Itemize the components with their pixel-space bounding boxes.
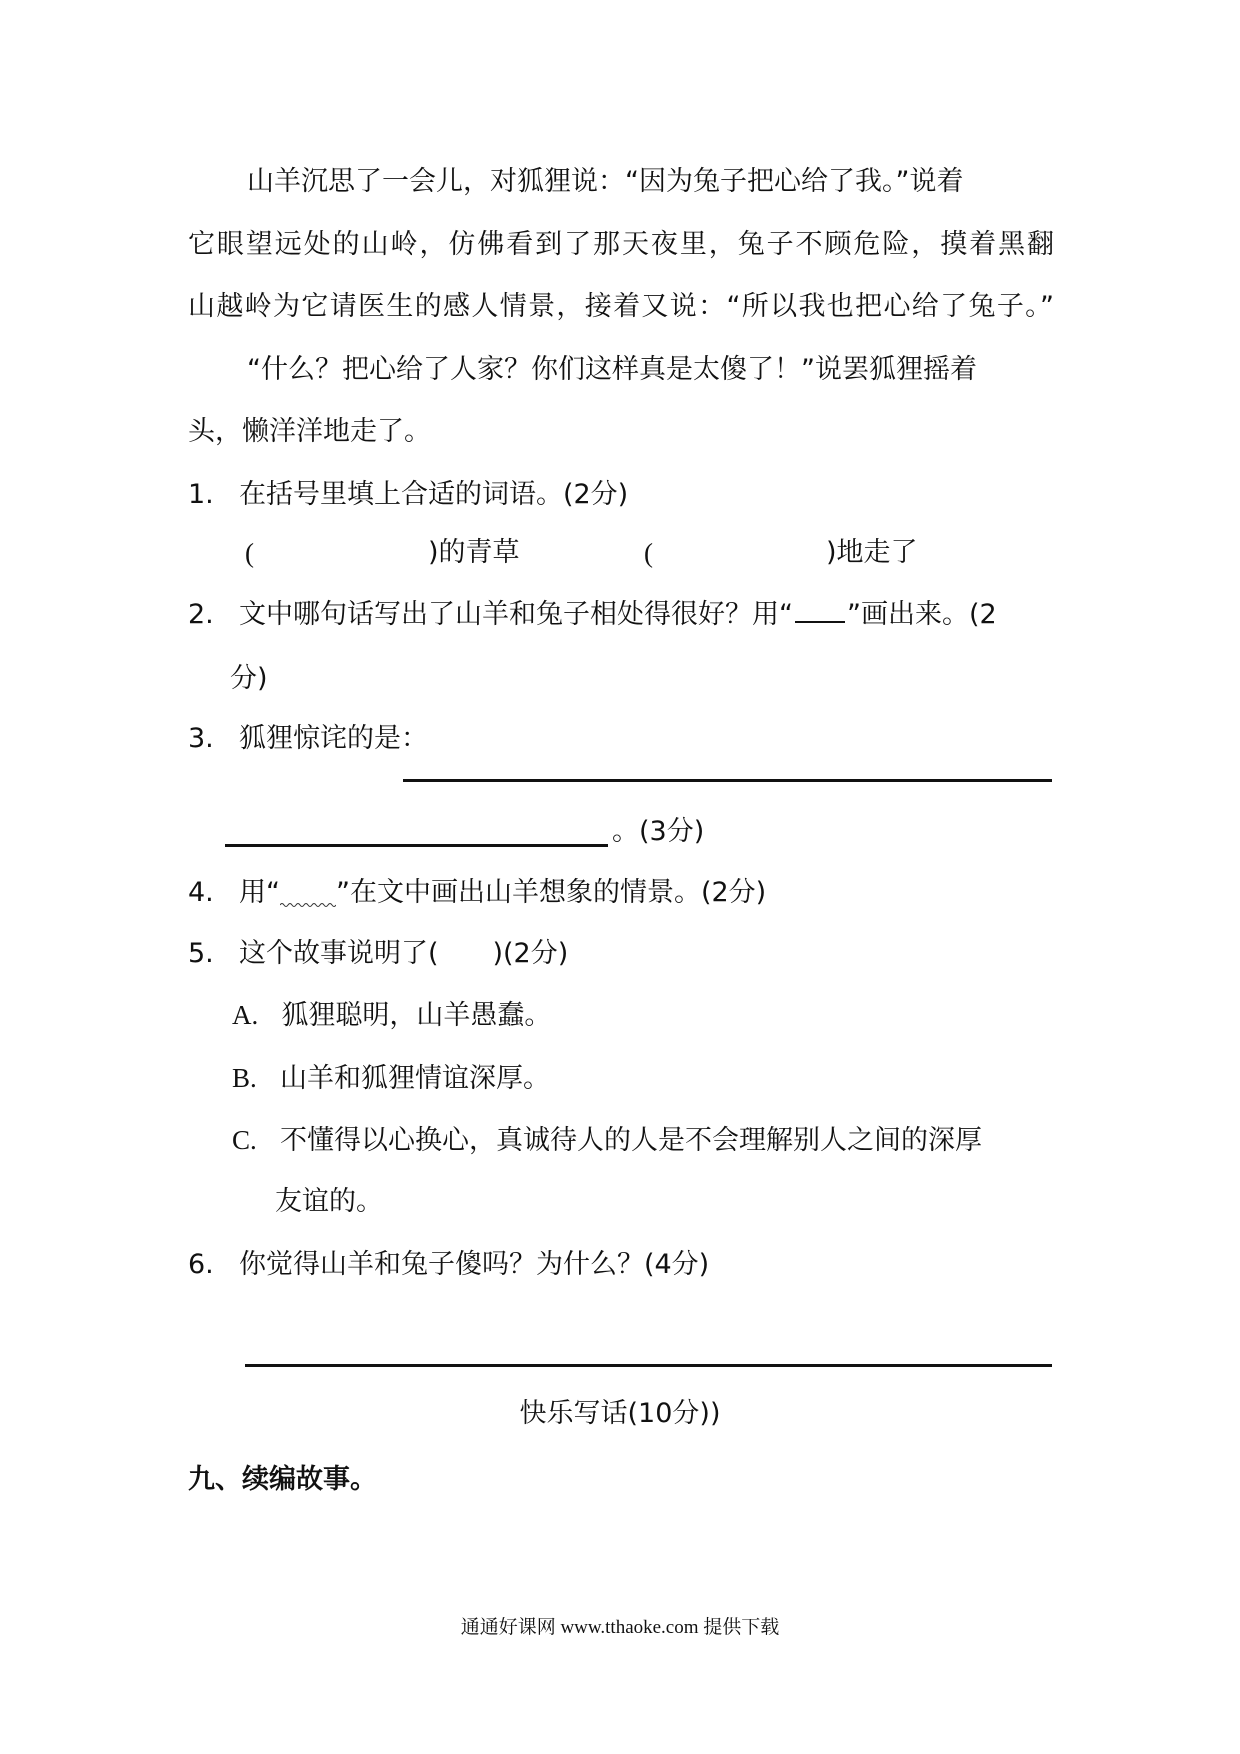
q1-blank-2: ( bbox=[644, 536, 653, 570]
question-number: 5. bbox=[188, 938, 214, 969]
passage-line-2: 它眼望远处的山岭，仿佛看到了那天夜里，兔子不顾危险，摸着黑翻 bbox=[188, 228, 1054, 262]
passage-line-3: 山越岭为它请医生的感人情景，接着又说：“所以我也把心给了兔子。” bbox=[188, 290, 1054, 324]
q3-answer-line-1[interactable] bbox=[403, 779, 1052, 782]
passage-line-4: “什么？把心给了人家？你们这样真是太傻了！”说罢狐狸摇着 bbox=[247, 353, 977, 387]
question-2: 2. 文中哪句话写出了山羊和兔子相处得很好？用“”画出来。(2 bbox=[188, 598, 997, 632]
footer-credit: 通通好课网 www.tthaoke.com 提供下载 bbox=[0, 1616, 1240, 1640]
option-b[interactable]: B. 山羊和狐狸情谊深厚。 bbox=[232, 1061, 550, 1096]
question-3: 3. 狐狸惊诧的是： bbox=[188, 722, 428, 756]
option-a[interactable]: A. 狐狸聪明，山羊愚蠢。 bbox=[232, 998, 551, 1033]
q1-blank-2-answer[interactable] bbox=[660, 536, 820, 570]
question-number: 1. bbox=[188, 479, 214, 510]
straight-underline-sample bbox=[795, 599, 845, 623]
option-c-cont: 友谊的。 bbox=[275, 1185, 383, 1219]
option-c[interactable]: C. 不懂得以心换心，真诚待人的人是不会理解别人之间的深厚 bbox=[232, 1123, 982, 1158]
q1-blank-1-suffix: )的青草 bbox=[428, 536, 520, 570]
q3-answer-line-2[interactable] bbox=[225, 844, 608, 847]
passage-line-5: 头，懒洋洋地走了。 bbox=[188, 415, 431, 449]
question-number: 3. bbox=[188, 723, 214, 754]
question-2-cont: 分) bbox=[230, 662, 268, 696]
passage-line-1: 山羊沉思了一会儿，对狐狸说：“因为兔子把心给了我。”说着 bbox=[247, 165, 963, 199]
question-number: 2. bbox=[188, 599, 214, 630]
q1-blank-1: ( bbox=[245, 536, 254, 570]
section-heading: 九、续编故事。 bbox=[188, 1463, 377, 1497]
q1-blank-1-answer[interactable] bbox=[262, 536, 422, 570]
question-4: 4. 用“”在文中画出山羊想象的情景。(2分) bbox=[188, 876, 766, 910]
question-6: 6. 你觉得山羊和兔子傻吗？为什么？(4分) bbox=[188, 1248, 709, 1282]
question-number: 6. bbox=[188, 1249, 214, 1280]
wavy-underline-sample bbox=[280, 879, 336, 901]
question-5: 5. 这个故事说明了( )(2分) bbox=[188, 937, 568, 971]
section-title: 快乐写话(10分)) bbox=[0, 1397, 1240, 1431]
question-number: 4. bbox=[188, 877, 214, 908]
q6-answer-line[interactable] bbox=[245, 1364, 1052, 1367]
q3-tail: 。(3分) bbox=[612, 815, 704, 849]
question-text: 在括号里填上合适的词语。(2分) bbox=[239, 479, 628, 510]
q1-blank-2-suffix: )地走了 bbox=[826, 536, 918, 570]
question-1: 1. 在括号里填上合适的词语。(2分) bbox=[188, 478, 628, 512]
